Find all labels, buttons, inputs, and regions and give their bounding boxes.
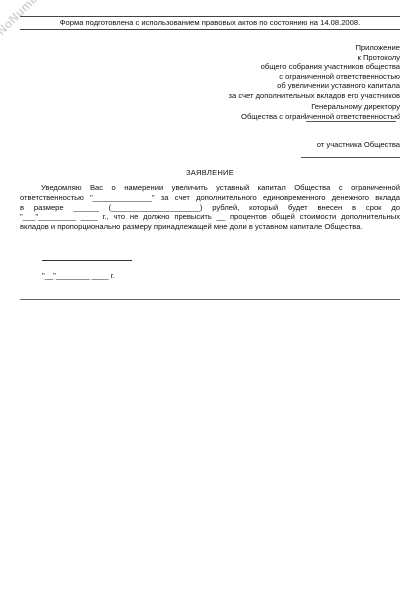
document-title: ЗАЯВЛЕНИЕ xyxy=(20,168,400,177)
appendix-line: об увеличении уставного капитала xyxy=(140,81,400,91)
body-line: ответственностью "______________" за сче… xyxy=(20,193,400,203)
appendix-line: Приложение xyxy=(140,43,400,53)
statement-body: Уведомляю Вас о намерении увеличить уста… xyxy=(20,183,400,232)
from-participant-label: от участника Общества xyxy=(317,140,400,150)
participant-name-field[interactable] xyxy=(301,157,400,158)
quote-open: " xyxy=(304,114,306,120)
signature-field[interactable] xyxy=(42,260,132,261)
body-line: "___"_________ ____ г., что не должно пр… xyxy=(20,212,400,222)
company-name-field[interactable]: " " xyxy=(304,114,400,122)
blank-line xyxy=(306,121,396,122)
body-line: вкладов и пропорционально размеру принад… xyxy=(20,222,400,232)
appendix-line: с ограниченной ответственностью xyxy=(140,72,400,82)
addressee-title: Генеральному директору xyxy=(140,102,400,112)
footer-rule xyxy=(20,299,400,300)
appendix-line: общего собрания участников общества xyxy=(140,62,400,72)
body-line: в размере ______ (_____________________)… xyxy=(20,203,400,213)
body-line: Уведомляю Вас о намерении увеличить уста… xyxy=(20,183,400,193)
date-field[interactable]: "__"________ ____ г. xyxy=(42,271,115,280)
appendix-line: за счет дополнительных вкладов его участ… xyxy=(140,91,400,101)
appendix-block: Приложение к Протоколу общего собрания у… xyxy=(140,43,400,101)
quote-close: " xyxy=(398,114,400,120)
form-preparation-note: Форма подготовлена с использованием прав… xyxy=(20,17,400,28)
appendix-line: к Протоколу xyxy=(140,53,400,63)
